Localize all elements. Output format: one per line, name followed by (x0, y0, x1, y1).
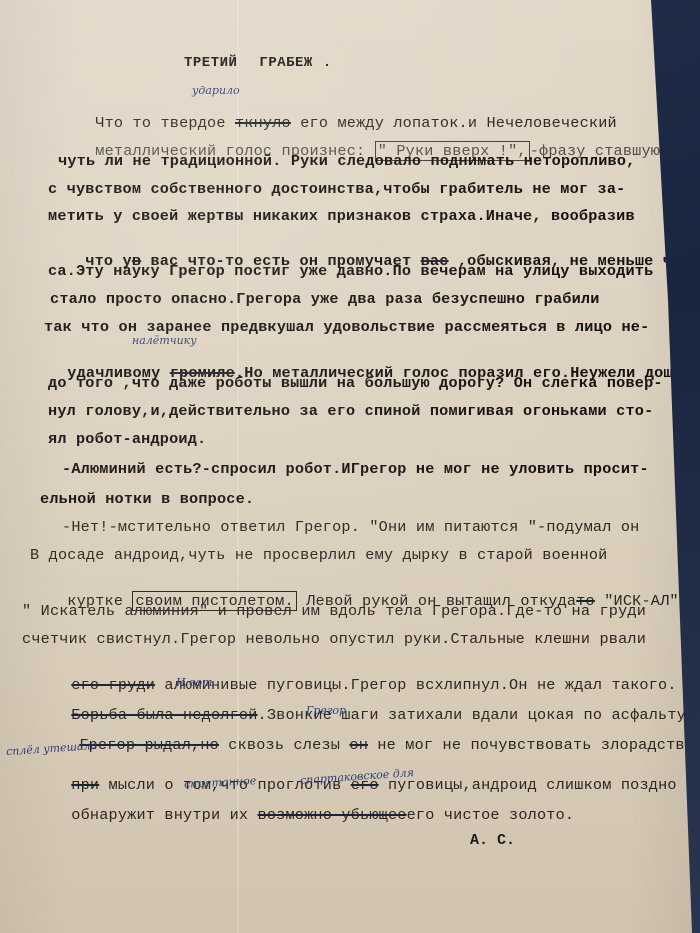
text-line: металлический голос произнес: " Руки вве… (58, 124, 660, 178)
text-line: ял робот-андроид. (48, 430, 206, 448)
handwritten-correction: Грегор (306, 704, 346, 717)
boxed-phrase: своим пистолетом. (132, 591, 296, 611)
text-line: счетчик свистнул.Грегор невольно опустил… (22, 630, 646, 648)
struck-word: в (132, 252, 141, 270)
text-line: -Нет!-мстительно ответил Грегор. "Они им… (62, 518, 639, 536)
handwritten-correction: спрятанное (184, 774, 257, 791)
handwritten-margin-note: сплёл утешала (6, 739, 98, 758)
paper-fold (237, 0, 239, 933)
handwritten-correction: налётчику (132, 334, 197, 347)
text-line: куртке своим пистолетом. Левой рукой он … (30, 574, 697, 628)
struck-word: возможно убьющее (258, 806, 407, 824)
struck-word: Грегор рыдал,но (79, 736, 219, 754)
struck-word: он (349, 736, 368, 754)
handwritten-correction: И вот (176, 676, 213, 689)
text-line: -Алюминий есть?-спросил робот.ИГрегор не… (62, 460, 649, 478)
title-period: . (323, 55, 332, 71)
page-title: ТРЕТИЙГРАБЕЖ. (184, 55, 332, 71)
text-line: чуть ли не традиционной. Руки следовало … (58, 152, 635, 170)
text-line: что ув вас что-то есть он промучает вас … (48, 234, 691, 288)
text-line: Грегор рыдал,но сквозь слезы он не мог н… (42, 718, 700, 772)
text-line: стало просто опасно.Грегора уже два раза… (50, 290, 600, 308)
struck-word: его (351, 776, 379, 794)
text-line: нул голову,и,действительно за его спиной… (48, 402, 653, 420)
text-line: ельной нотки в вопросе. (40, 490, 254, 508)
struck-word: вас (421, 252, 449, 270)
struck-word: его груди (71, 676, 155, 694)
text-line: са.Эту науку Грегор постиг уже давно.По … (48, 262, 653, 280)
text-line: " Искатель алюминия" и провел им вдоль т… (22, 602, 646, 620)
handwritten-correction: спартаковское для (300, 766, 415, 787)
text-line: при мысли о том,что проглотив его пугови… (34, 758, 677, 812)
text-line: удачливому громиле.Но металлический голо… (30, 346, 691, 400)
text-line: с чувством собственного достоинства,чтоб… (48, 180, 625, 198)
struck-word: ткнуло (235, 114, 291, 132)
text-line: так что он заранее предвкушал удовольств… (44, 318, 649, 336)
text-line: до того ,что даже роботы вышли на большу… (48, 374, 663, 392)
boxed-phrase: " Руки вверх !", (375, 141, 530, 161)
author-signature: А. С. (470, 832, 515, 849)
text-line: его груди алюминивые пуговицы.Грегор всх… (34, 658, 677, 712)
text-line: Что то твердое ткнуло его между лопаток.… (58, 96, 617, 150)
typewritten-page: ТРЕТИЙГРАБЕЖ. Что то твердое ткнуло его … (0, 0, 700, 933)
text-line: обнаружит внутри их возможно убьющееего … (34, 788, 574, 842)
title-word-2: ГРАБЕЖ (259, 55, 312, 71)
struck-word: то (576, 592, 595, 610)
text-line: метить у своей жертвы никаких признаков … (48, 207, 635, 225)
text-line: В досаде андроид,чуть не просверлил ему … (30, 546, 607, 564)
struck-word: Борьба была недолгой (71, 706, 257, 724)
struck-word: при (71, 776, 99, 794)
text-line: Борьба была недолгой.Звонкие шаги затиха… (34, 688, 686, 742)
struck-word: громиле (170, 364, 235, 382)
handwritten-correction: ударило (192, 84, 240, 97)
title-word-1: ТРЕТИЙ (184, 55, 237, 71)
